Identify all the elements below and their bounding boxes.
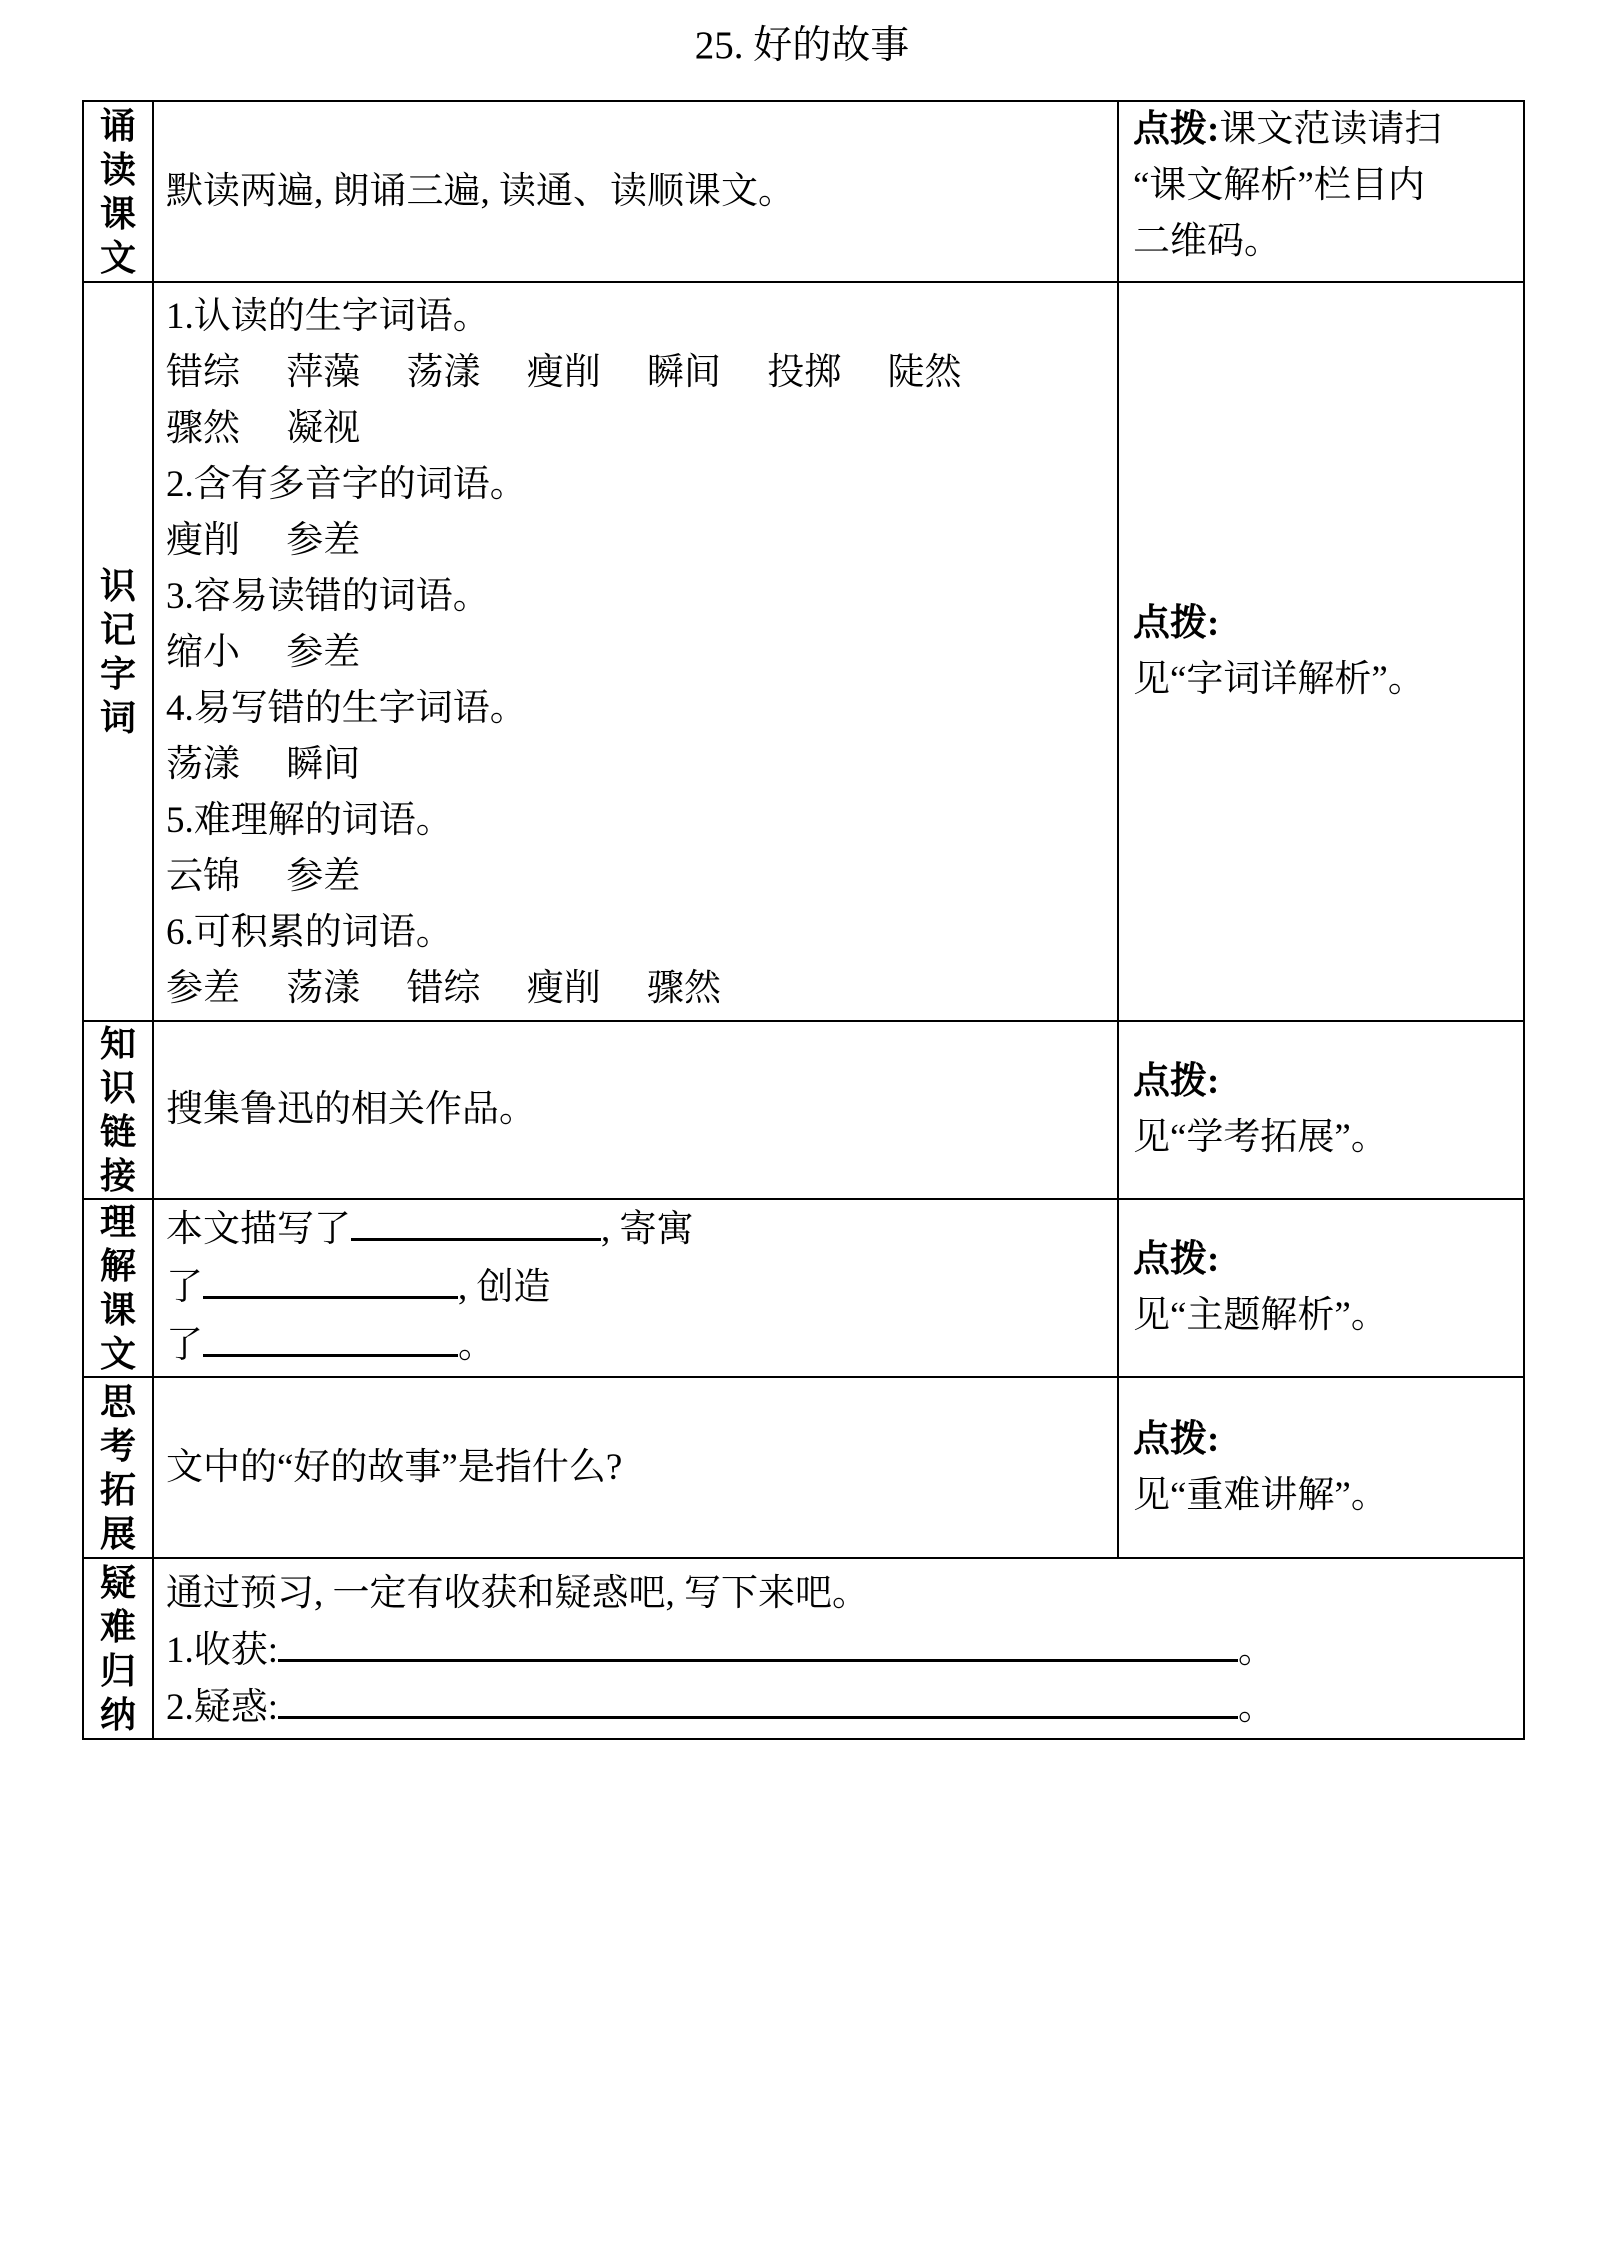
fill-line-3: 了。 bbox=[166, 1317, 1107, 1375]
text-line: 骤然 凝视 bbox=[166, 401, 1107, 457]
tip-cell-comprehension: 点拨: 见“主题解析”。 bbox=[1118, 1199, 1524, 1377]
tip-label: 点拨: bbox=[1133, 1054, 1517, 1110]
text-line: 荡漾 瞬间 bbox=[166, 737, 1107, 793]
fill-text: 本文描写了 bbox=[166, 1209, 351, 1250]
row-header-questions-summary: 疑难归纳 bbox=[96, 1561, 140, 1737]
tip-cell-thinking-extension: 点拨: 见“重难讲解”。 bbox=[1118, 1377, 1524, 1558]
tip-cell-vocabulary: 点拨: 见“字词详解析”。 bbox=[1118, 282, 1524, 1021]
tip-cell-read-aloud: 点拨:课文范读请扫 “课文解析”栏目内 二维码。 bbox=[1118, 101, 1524, 282]
row-header-vocabulary: 识记字词 bbox=[96, 564, 140, 740]
fill-text: 了 bbox=[166, 1267, 203, 1308]
text-line: 4.易写错的生字词语。 bbox=[166, 681, 1107, 737]
vocabulary-list: 1.认读的生字词语。错综 萍藻 荡漾 瘦削 瞬间 投掷 陡然骤然 凝视2.含有多… bbox=[166, 289, 1107, 1017]
text-line: 5.难理解的词语。 bbox=[166, 793, 1107, 849]
summary-item-1: 1.收获:。 bbox=[166, 1622, 1513, 1679]
fill-text: 了 bbox=[166, 1325, 203, 1366]
blank-line bbox=[351, 1204, 601, 1241]
tip-text: 见“学考拓展”。 bbox=[1133, 1110, 1517, 1166]
text-line: 2.含有多音字的词语。 bbox=[166, 457, 1107, 513]
tip-line: 点拨:课文范读请扫 bbox=[1133, 102, 1517, 158]
text-line: 6.可积累的词语。 bbox=[166, 905, 1107, 961]
text-line: 云锦 参差 bbox=[166, 849, 1107, 905]
text-line: 参差 荡漾 错综 瘦削 骤然 bbox=[166, 961, 1107, 1017]
row-comprehension: 理解课文 本文描写了, 寄寓 了, 创造 了。 点拨: 见“主题解析”。 bbox=[83, 1199, 1524, 1377]
tip-label: 点拨: bbox=[1133, 596, 1517, 652]
tip-label: 点拨: bbox=[1133, 109, 1219, 150]
fill-line-1: 本文描写了, 寄寓 bbox=[166, 1201, 1107, 1259]
content-cell-vocabulary: 1.认读的生字词语。错综 萍藻 荡漾 瘦削 瞬间 投掷 陡然骤然 凝视2.含有多… bbox=[153, 282, 1118, 1021]
blank-line bbox=[278, 1625, 1238, 1662]
row-header-cell: 知识链接 bbox=[83, 1021, 153, 1199]
worksheet-page: 25. 好的故事 诵读课文 默读两遍, 朗诵三遍, 读通、读顺课文。 点拨:课文… bbox=[0, 0, 1604, 2261]
content-cell-questions-summary: 通过预习, 一定有收获和疑惑吧, 写下来吧。 1.收获:。 2.疑惑:。 bbox=[153, 1558, 1524, 1739]
row-header-cell: 思考拓展 bbox=[83, 1377, 153, 1558]
row-header-knowledge-link: 知识链接 bbox=[96, 1022, 140, 1198]
content-cell-read-aloud: 默读两遍, 朗诵三遍, 读通、读顺课文。 bbox=[153, 101, 1118, 282]
content-cell-thinking-extension: 文中的“好的故事”是指什么? bbox=[153, 1377, 1118, 1558]
read-aloud-instruction: 默读两遍, 朗诵三遍, 读通、读顺课文。 bbox=[166, 164, 1107, 220]
fill-line-2: 了, 创造 bbox=[166, 1259, 1107, 1317]
row-vocabulary: 识记字词 1.认读的生字词语。错综 萍藻 荡漾 瘦削 瞬间 投掷 陡然骤然 凝视… bbox=[83, 282, 1524, 1021]
row-header-read-aloud: 诵读课文 bbox=[96, 104, 140, 280]
content-cell-comprehension: 本文描写了, 寄寓 了, 创造 了。 bbox=[153, 1199, 1118, 1377]
row-header-comprehension: 理解课文 bbox=[96, 1200, 140, 1376]
preview-worksheet-table: 诵读课文 默读两遍, 朗诵三遍, 读通、读顺课文。 点拨:课文范读请扫 “课文解… bbox=[82, 100, 1525, 1740]
fill-text: , 创造 bbox=[458, 1267, 551, 1308]
fill-text: 。 bbox=[458, 1325, 495, 1366]
tip-text: 见“主题解析”。 bbox=[1133, 1288, 1517, 1344]
row-header-cell: 疑难归纳 bbox=[83, 1558, 153, 1739]
tip-cell-knowledge-link: 点拨: 见“学考拓展”。 bbox=[1118, 1021, 1524, 1199]
text-line: 缩小 参差 bbox=[166, 625, 1107, 681]
fill-text: , 寄寓 bbox=[601, 1209, 694, 1250]
page-title: 25. 好的故事 bbox=[0, 22, 1604, 70]
row-questions-summary: 疑难归纳 通过预习, 一定有收获和疑惑吧, 写下来吧。 1.收获:。 2.疑惑:… bbox=[83, 1558, 1524, 1739]
row-thinking-extension: 思考拓展 文中的“好的故事”是指什么? 点拨: 见“重难讲解”。 bbox=[83, 1377, 1524, 1558]
text-line: 1.认读的生字词语。 bbox=[166, 289, 1107, 345]
summary-item-end: 。 bbox=[1238, 1687, 1275, 1728]
tip-label: 点拨: bbox=[1133, 1412, 1517, 1468]
row-header-thinking-extension: 思考拓展 bbox=[96, 1380, 140, 1556]
row-header-cell: 理解课文 bbox=[83, 1199, 153, 1377]
content-cell-knowledge-link: 搜集鲁迅的相关作品。 bbox=[153, 1021, 1118, 1199]
row-header-cell: 识记字词 bbox=[83, 282, 153, 1021]
summary-item-label: 2.疑惑: bbox=[166, 1687, 278, 1728]
blank-line bbox=[278, 1682, 1238, 1719]
row-knowledge-link: 知识链接 搜集鲁迅的相关作品。 点拨: 见“学考拓展”。 bbox=[83, 1021, 1524, 1199]
tip-line: “课文解析”栏目内 bbox=[1133, 158, 1517, 214]
summary-item-end: 。 bbox=[1238, 1630, 1275, 1671]
text-line: 3.容易读错的词语。 bbox=[166, 569, 1107, 625]
summary-intro: 通过预习, 一定有收获和疑惑吧, 写下来吧。 bbox=[166, 1565, 1513, 1622]
tip-text: 见“重难讲解”。 bbox=[1133, 1468, 1517, 1524]
blank-line bbox=[203, 1262, 458, 1299]
tip-text: 见“字词详解析”。 bbox=[1133, 652, 1517, 708]
tip-text: 课文范读请扫 bbox=[1219, 109, 1441, 150]
text-line: 错综 萍藻 荡漾 瘦削 瞬间 投掷 陡然 bbox=[166, 345, 1107, 401]
tip-label: 点拨: bbox=[1133, 1232, 1517, 1288]
row-header-cell: 诵读课文 bbox=[83, 101, 153, 282]
blank-line bbox=[203, 1320, 458, 1357]
text-line: 瘦削 参差 bbox=[166, 513, 1107, 569]
summary-item-2: 2.疑惑:。 bbox=[166, 1679, 1513, 1736]
thinking-question: 文中的“好的故事”是指什么? bbox=[166, 1440, 1107, 1496]
summary-item-label: 1.收获: bbox=[166, 1630, 278, 1671]
row-read-aloud: 诵读课文 默读两遍, 朗诵三遍, 读通、读顺课文。 点拨:课文范读请扫 “课文解… bbox=[83, 101, 1524, 282]
knowledge-link-task: 搜集鲁迅的相关作品。 bbox=[166, 1082, 1107, 1138]
tip-line: 二维码。 bbox=[1133, 214, 1517, 270]
